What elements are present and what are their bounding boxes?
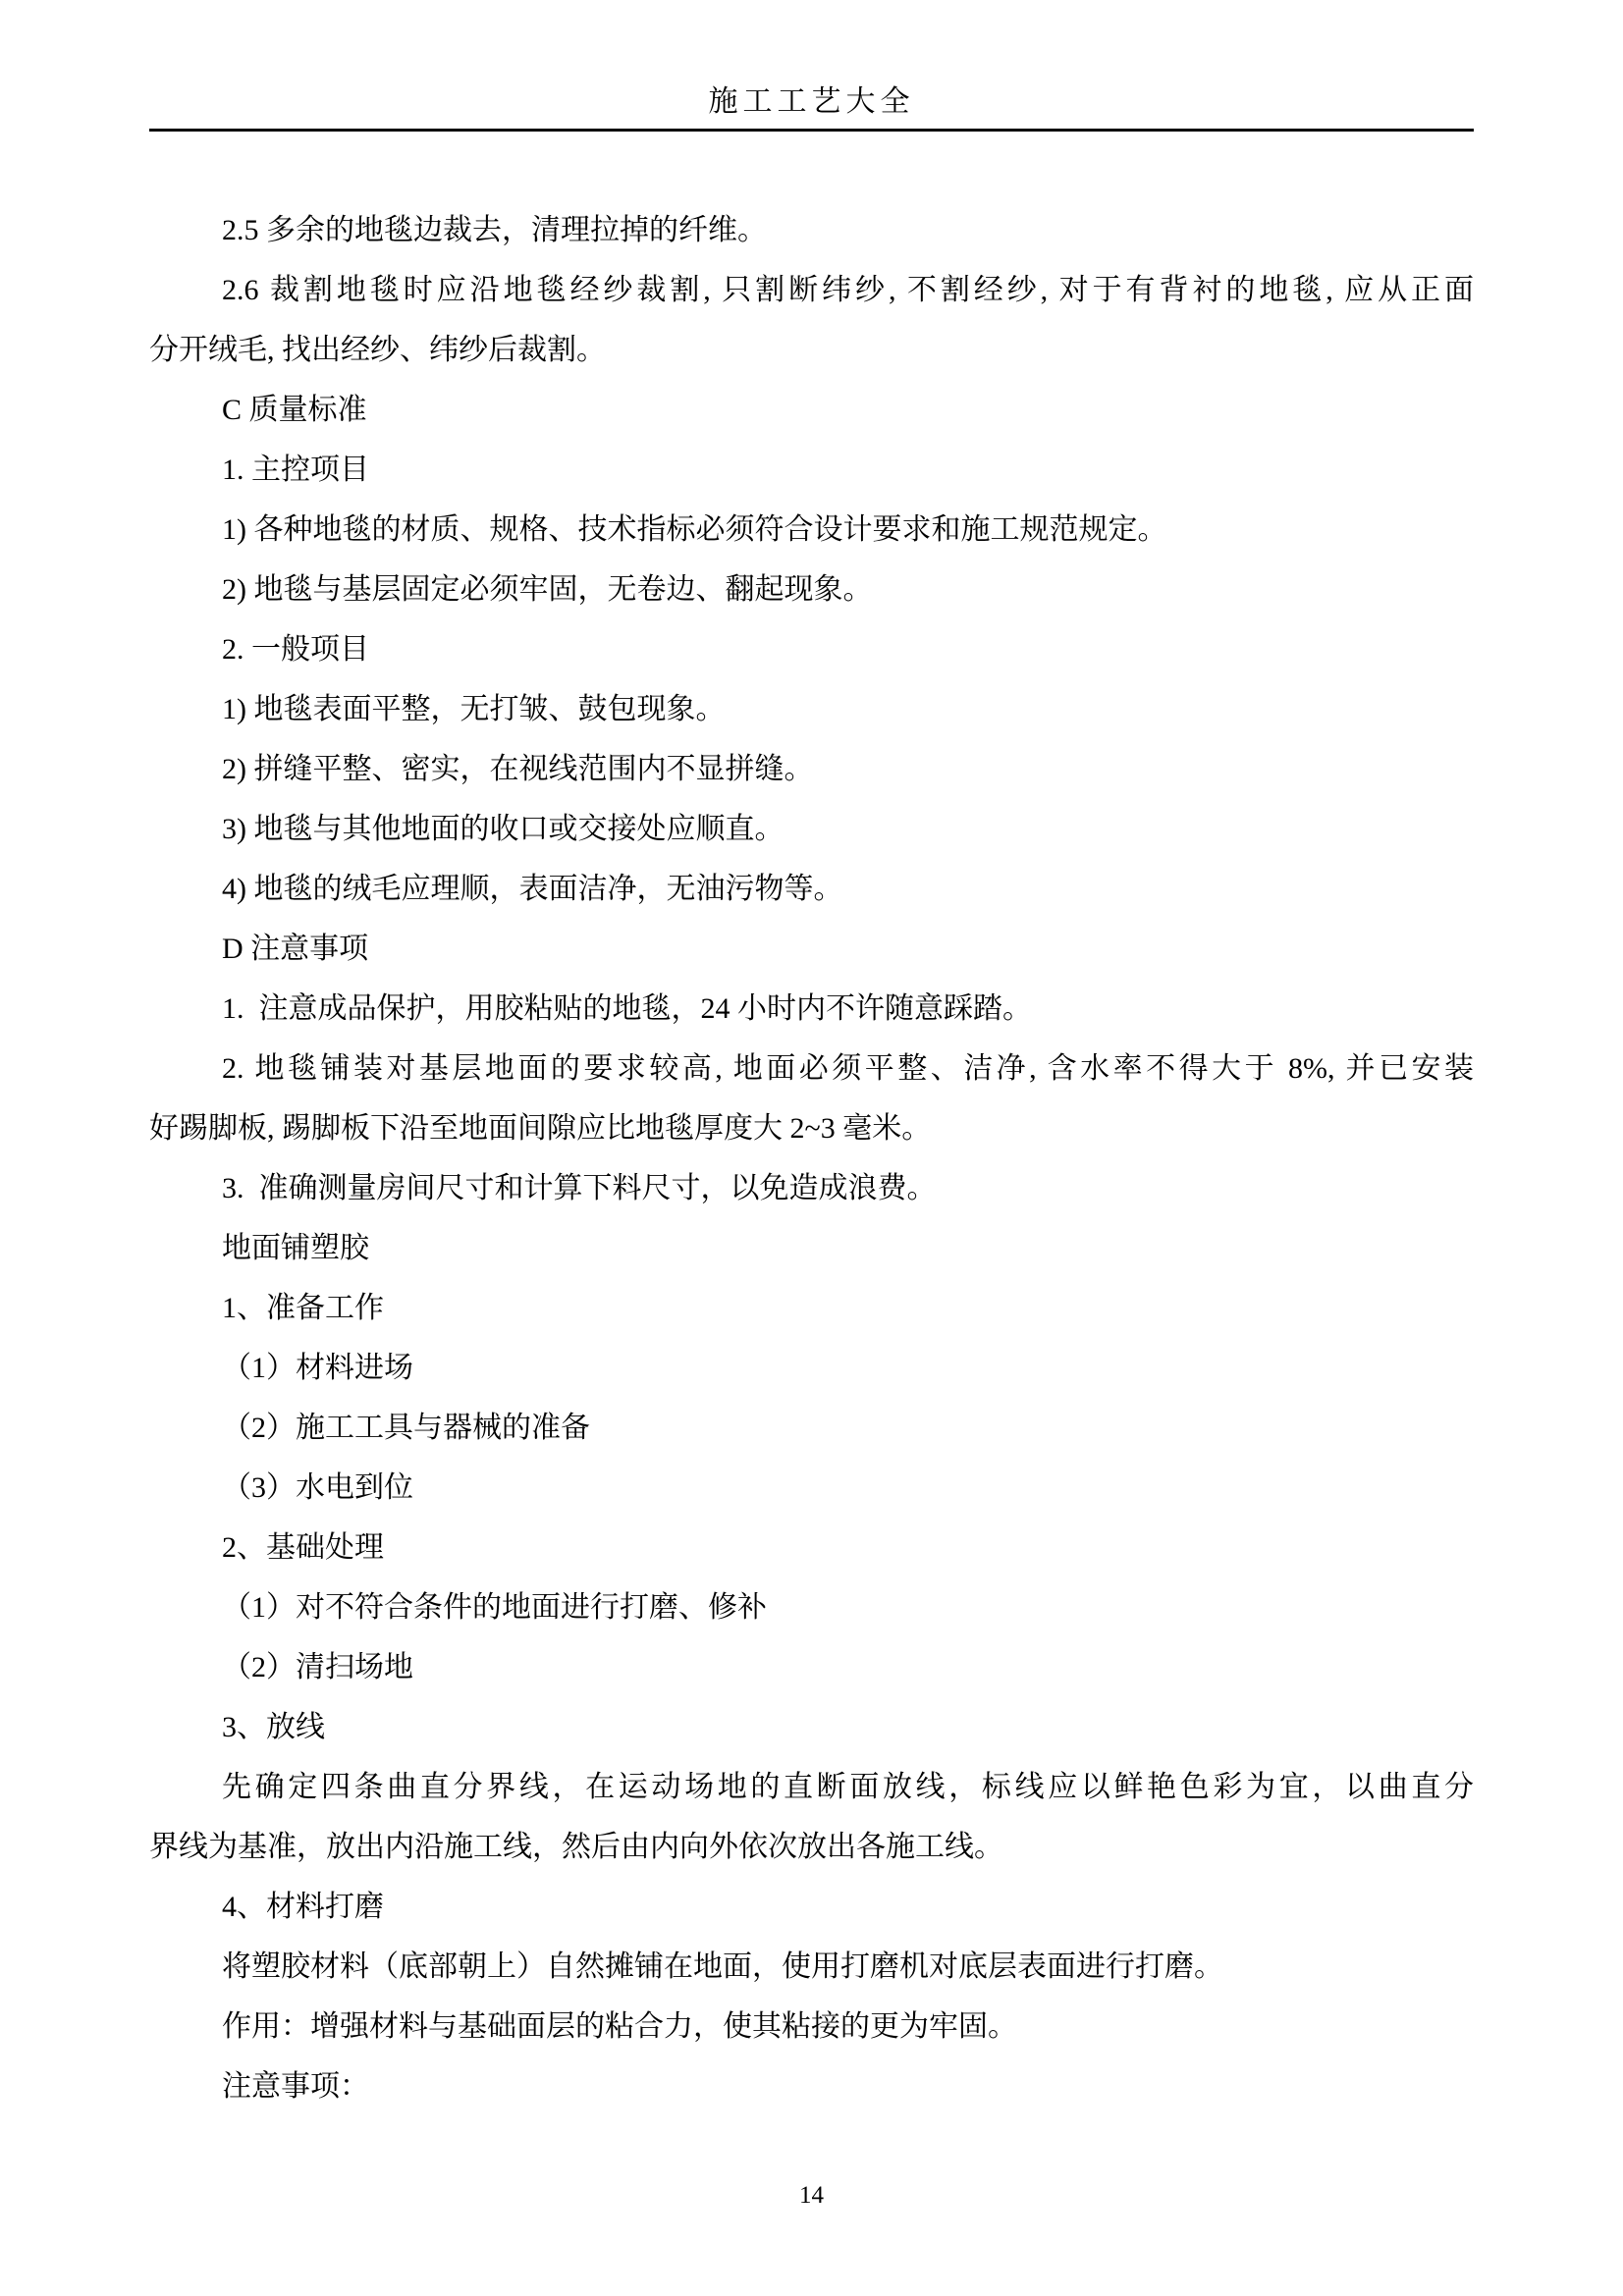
text-line: C 质量标准 (149, 380, 1474, 440)
text-line: 先确定四条曲直分界线，在运动场地的直断面放线，标线应以鲜艳色彩为宜，以曲直分 (149, 1757, 1474, 1817)
page-header-title: 施工工艺大全 (0, 84, 1623, 120)
text-line: 界线为基准，放出内沿施工线，然后由内向外依次放出各施工线。 (149, 1817, 1474, 1877)
text-line: 2) 地毯与基层固定必须牢固，无卷边、翻起现象。 (149, 560, 1474, 619)
text-line: 作用：增强材料与基础面层的粘合力，使其粘接的更为牢固。 (149, 1997, 1474, 2056)
text-line: 好踢脚板, 踢脚板下沿至地面间隙应比地毯厚度大 2~3 毫米。 (149, 1098, 1474, 1158)
text-line: 注意事项： (149, 2056, 1474, 2116)
document-page: 施工工艺大全 2.5 多余的地毯边裁去，清理拉掉的纤维。2.6 裁割地毯时应沿地… (0, 0, 1623, 2296)
text-line: （2）清扫场地 (149, 1637, 1474, 1697)
text-line: 地面铺塑胶 (149, 1218, 1474, 1278)
text-line: 1、准备工作 (149, 1278, 1474, 1338)
document-body: 2.5 多余的地毯边裁去，清理拉掉的纤维。2.6 裁割地毯时应沿地毯经纱裁割, … (149, 200, 1474, 2116)
text-line: 3. 准确测量房间尺寸和计算下料尺寸，以免造成浪费。 (149, 1158, 1474, 1218)
text-line: （1）材料进场 (149, 1338, 1474, 1398)
page-footer: 14 (0, 2181, 1623, 2211)
text-line: 1. 注意成品保护，用胶粘贴的地毯，24 小时内不许随意踩踏。 (149, 979, 1474, 1039)
text-line: 2.6 裁割地毯时应沿地毯经纱裁割, 只割断纬纱, 不割经纱, 对于有背衬的地毯… (149, 260, 1474, 320)
text-line: 2. 一般项目 (149, 619, 1474, 679)
text-line: 1. 主控项目 (149, 440, 1474, 500)
text-line: （1）对不符合条件的地面进行打磨、修补 (149, 1577, 1474, 1637)
text-line: 3、放线 (149, 1697, 1474, 1757)
text-line: 1) 地毯表面平整，无打皱、鼓包现象。 (149, 679, 1474, 739)
text-line: （2）施工工具与器械的准备 (149, 1398, 1474, 1458)
text-line: 2、基础处理 (149, 1518, 1474, 1577)
text-line: 2.5 多余的地毯边裁去，清理拉掉的纤维。 (149, 200, 1474, 260)
text-line: D 注意事项 (149, 919, 1474, 979)
text-line: 4、材料打磨 (149, 1877, 1474, 1937)
text-line: 将塑胶材料（底部朝上）自然摊铺在地面，使用打磨机对底层表面进行打磨。 (149, 1937, 1474, 1997)
page-number: 14 (799, 2182, 824, 2209)
text-line: 2. 地毯铺装对基层地面的要求较高, 地面必须平整、洁净, 含水率不得大于 8%… (149, 1039, 1474, 1098)
text-line: 3) 地毯与其他地面的收口或交接处应顺直。 (149, 799, 1474, 859)
header-rule (149, 129, 1474, 132)
text-line: 2) 拼缝平整、密实，在视线范围内不显拼缝。 (149, 739, 1474, 799)
text-line: 分开绒毛, 找出经纱、纬纱后裁割。 (149, 320, 1474, 380)
text-line: （3）水电到位 (149, 1458, 1474, 1518)
text-line: 4) 地毯的绒毛应理顺，表面洁净，无油污物等。 (149, 859, 1474, 919)
text-line: 1) 各种地毯的材质、规格、技术指标必须符合设计要求和施工规范规定。 (149, 500, 1474, 560)
